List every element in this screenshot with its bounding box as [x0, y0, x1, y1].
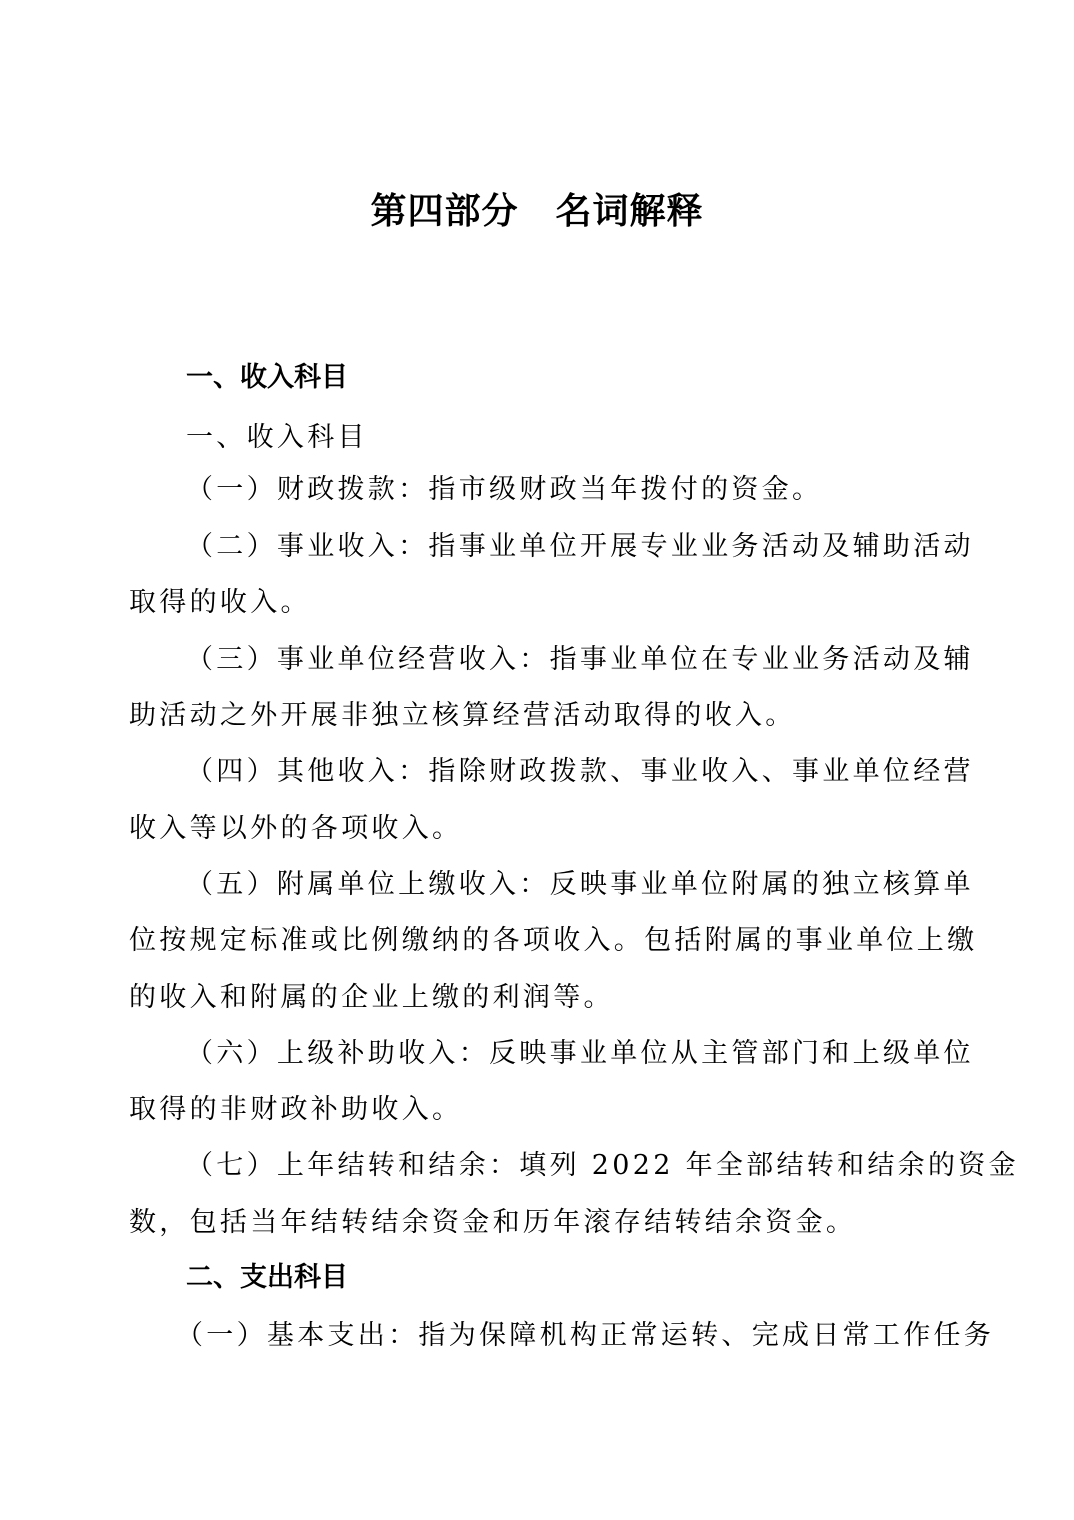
paragraph-line: 收入等以外的各项收入。 — [129, 811, 462, 847]
paragraph-line: 取得的收入。 — [129, 585, 311, 621]
paragraph-line: 数，包括当年结转结余资金和历年滚存结转结余资金。 — [129, 1205, 856, 1241]
paragraph-line: 位按规定标准或比例缴纳的各项收入。包括附属的事业单位上缴 — [129, 923, 977, 959]
paragraph-line: （二）事业收入：指事业单位开展专业业务活动及辅助活动 — [186, 529, 974, 565]
paragraph-line: （一）基本支出：指为保障机构正常运转、完成日常工作任务 — [176, 1318, 994, 1354]
paragraph-line: 的收入和附属的企业上缴的利润等。 — [129, 980, 614, 1016]
section-heading-income: 一、收入科目 — [186, 360, 348, 396]
paragraph-line: （六）上级补助收入：反映事业单位从主管部门和上级单位 — [186, 1036, 974, 1072]
subheading-income: 一、收入科目 — [186, 420, 368, 456]
paragraph-line: （五）附属单位上缴收入：反映事业单位附属的独立核算单 — [186, 867, 974, 903]
paragraph-line: 取得的非财政补助收入。 — [129, 1092, 462, 1128]
section-heading-expenditure: 二、支出科目 — [186, 1260, 348, 1296]
paragraph-line: 助活动之外开展非独立核算经营活动取得的收入。 — [129, 698, 796, 734]
paragraph-line: （一）财政拨款：指市级财政当年拨付的资金。 — [186, 472, 822, 508]
document-page: 第四部分 名词解释 一、收入科目 一、收入科目 （一）财政拨款：指市级财政当年拨… — [0, 0, 1074, 1520]
paragraph-line: （三）事业单位经营收入：指事业单位在专业业务活动及辅 — [186, 642, 974, 678]
paragraph-line: （四）其他收入：指除财政拨款、事业收入、事业单位经营 — [186, 754, 974, 790]
page-title: 第四部分 名词解释 — [0, 188, 1074, 236]
paragraph-line: （七）上年结转和结余：填列 2022 年全部结转和结余的资金 — [186, 1148, 1019, 1184]
